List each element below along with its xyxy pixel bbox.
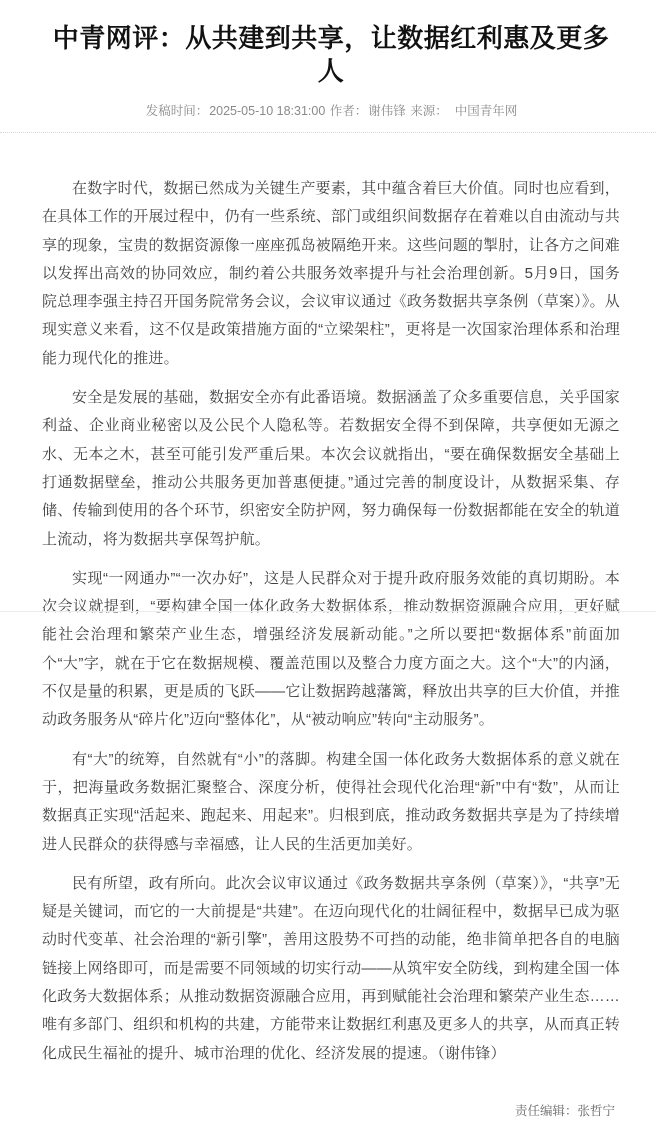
article-footer: 责任编辑：张哲宁 [42,1104,620,1119]
publish-time-label: 发稿时间： [146,104,209,118]
author-label: 作者： [330,104,368,118]
article-body: 在数字时代，数据已然成为关键生产要素，其中蕴含着巨大价值。同时也应看到，在具体工… [42,175,620,1068]
article-page: 中青网评：从共建到共享，让数据红利惠及更多人 发稿时间：2025-05-10 1… [0,0,656,1139]
source-label: 来源： [410,104,448,118]
article-paragraph: 安全是发展的基础，数据安全亦有此番语境。数据涵盖了众多重要信息，关乎国家利益、企… [42,384,620,554]
article-paragraph: 在数字时代，数据已然成为关键生产要素，其中蕴含着巨大价值。同时也应看到，在具体工… [42,175,620,373]
editor-value: 张哲宁 [577,1104,615,1118]
article-paragraph: 民有所望，政有所向。此次会议审议通过《政务数据共享条例（草案）》，“共享”无疑是… [42,870,620,1068]
publish-time-value: 2025-05-10 18:31:00 [209,104,325,118]
dotted-separator [0,132,656,133]
article-meta: 发稿时间：2025-05-10 18:31:00 作者：谢伟锋 来源：中国青年网 [42,104,620,119]
editor-label: 责任编辑： [515,1104,578,1118]
article-paragraph: 有“大”的统筹，自然就有“小”的落脚。构建全国一体化政务大数据体系的意义就在于，… [42,746,620,859]
source-value: 中国青年网 [455,104,518,118]
author-value: 谢伟锋 [368,104,406,118]
article-title: 中青网评：从共建到共享，让数据红利惠及更多人 [42,22,620,87]
article-paragraph: 实现“一网通办”“一次办好”，这是人民群众对于提升政府服务效能的真切期盼。本次会… [42,565,620,735]
